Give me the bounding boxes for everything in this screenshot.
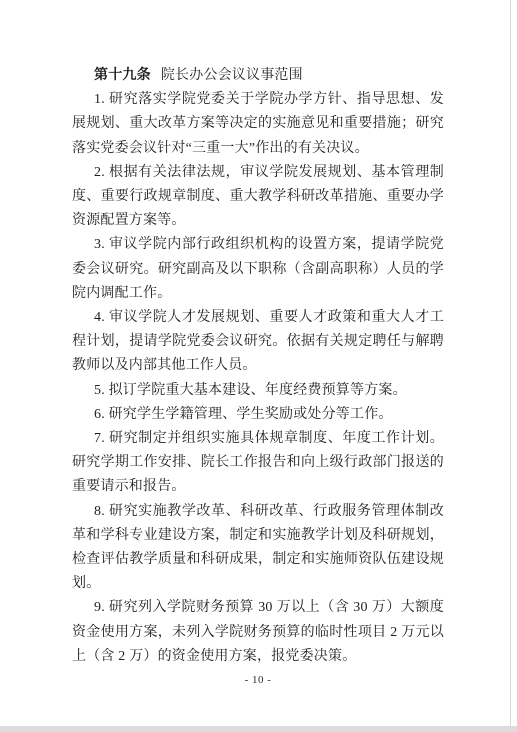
page-number: - 10 - <box>72 674 444 686</box>
document-page: 第十九条院长办公会议议事范围 1. 研究落实学院党委关于学院办学方针、指导思想、… <box>0 0 517 732</box>
page-boundary-strip <box>0 726 517 732</box>
clause-6: 6. 研究学生学籍管理、学生奖励或处分等工作。 <box>72 403 444 427</box>
document-body: 第十九条院长办公会议议事范围 1. 研究落实学院党委关于学院办学方针、指导思想、… <box>72 64 444 669</box>
clause-5: 5. 拟订学院重大基本建设、年度经费预算等方案。 <box>72 379 444 403</box>
article-number: 第十九条 <box>94 68 151 83</box>
clause-8: 8. 研究实施教学改革、科研改革、行政服务管理体制改革和学科专业建设方案，制定和… <box>72 500 444 597</box>
clause-1: 1. 研究落实学院党委关于学院办学方针、指导思想、发展规划、重大改革方案等决定的… <box>72 88 444 161</box>
clause-2: 2. 根据有关法律法规，审议学院发展规划、基本管理制度、重要行政规章制度、重大教… <box>72 161 444 234</box>
clause-9: 9. 研究列入学院财务预算 30 万以上（含 30 万）大额度资金使用方案，未列… <box>72 596 444 669</box>
article-title: 院长办公会议议事范围 <box>161 68 303 83</box>
clause-7: 7. 研究制定并组织实施具体规章制度、年度工作计划。研究学期工作安排、院长工作报… <box>72 427 444 500</box>
clause-3: 3. 审议学院内部行政组织机构的设置方案，提请学院党委会议研究。研究副高及以下职… <box>72 233 444 306</box>
page-edge-line <box>510 0 511 726</box>
article-heading: 第十九条院长办公会议议事范围 <box>72 64 444 88</box>
clause-4: 4. 审议学院人才发展规划、重要人才政策和重大人才工程计划，提请学院党委会议研究… <box>72 306 444 379</box>
